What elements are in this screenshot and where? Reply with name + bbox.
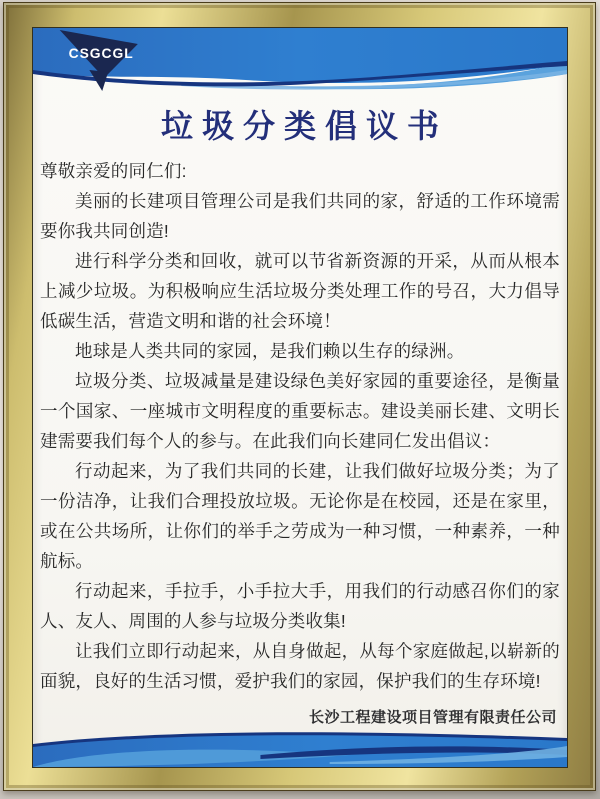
header-wave-band: CSGCGL xyxy=(33,28,567,92)
wall-background: CSGCGL 垃圾分类倡议书 尊敬亲爱的同仁们: 美丽的长建项目管理公司是我们共… xyxy=(0,0,600,799)
body-paragraph: 美丽的长建项目管理公司是我们共同的家，舒适的工作环境需要你我共同创造! xyxy=(40,186,560,246)
logo-text: CSGCGL xyxy=(69,45,134,61)
poster-paper: CSGCGL 垃圾分类倡议书 尊敬亲爱的同仁们: 美丽的长建项目管理公司是我们共… xyxy=(32,27,568,768)
notice-body: 尊敬亲爱的同仁们: 美丽的长建项目管理公司是我们共同的家，舒适的工作环境需要你我… xyxy=(33,154,567,696)
salutation-line: 尊敬亲爱的同仁们: xyxy=(40,156,560,186)
signature-line: 长沙工程建设项目管理有限责任公司 xyxy=(33,706,567,729)
poster-frame: CSGCGL 垃圾分类倡议书 尊敬亲爱的同仁们: 美丽的长建项目管理公司是我们共… xyxy=(3,2,596,791)
body-paragraph: 进行科学分类和回收，就可以节省新资源的开采，从而从根本上减少垃圾。为积极响应生活… xyxy=(40,246,560,336)
blank-space xyxy=(33,696,567,706)
notice-title: 垃圾分类倡议书 xyxy=(33,101,567,147)
body-paragraph: 垃圾分类、垃圾减量是建设绿色美好家园的重要途径，是衡量一个国家、一座城市文明程度… xyxy=(40,366,560,456)
footer-wave-band xyxy=(33,729,567,767)
body-paragraph: 行动起来，手拉手，小手拉大手，用我们的行动感召你们的家人、友人、周围的人参与垃圾… xyxy=(40,576,560,636)
body-paragraph: 地球是人类共同的家园，是我们赖以生存的绿洲。 xyxy=(40,336,560,366)
body-paragraph: 让我们立即行动起来，从自身做起，从每个家庭做起,以崭新的面貌，良好的生活习惯，爱… xyxy=(40,636,560,696)
body-paragraph: 行动起来，为了我们共同的长建，让我们做好垃圾分类；为了一份洁净，让我们合理投放垃… xyxy=(40,456,560,576)
